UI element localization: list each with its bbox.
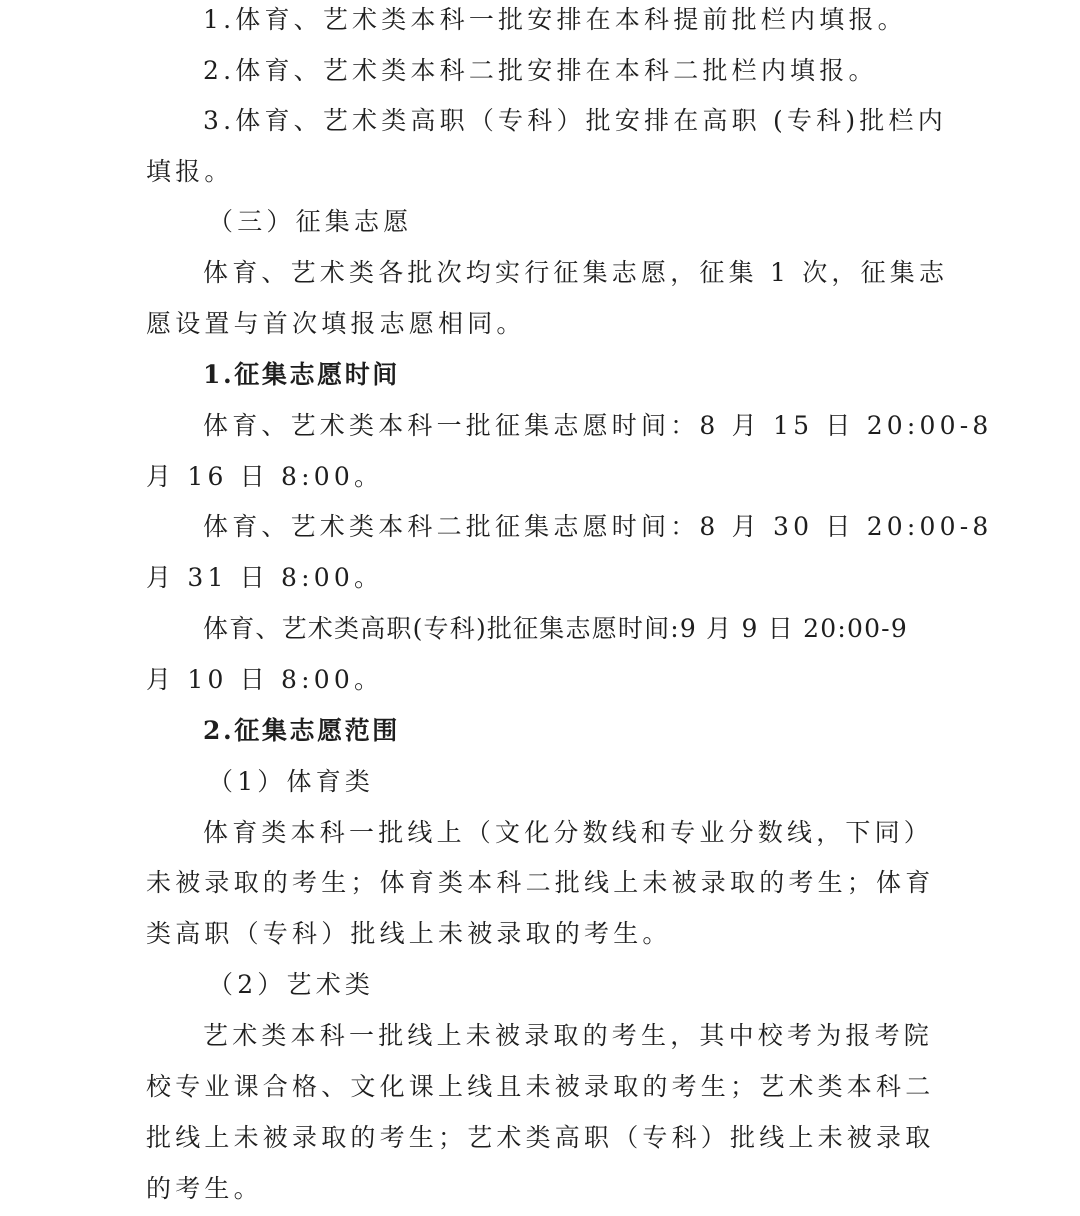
- time-batch-1: 体育、艺术类本科一批征集志愿时间：8 月 15 日 20:00-8: [203, 406, 993, 446]
- paragraph-arts-line-3: 批线上未被录取的考生；艺术类高职（专科）批线上未被录取: [146, 1118, 934, 1158]
- list-item-3: 3.体育、艺术类高职（专科）批安排在高职 (专科)批栏内: [203, 101, 947, 141]
- time-batch-1-continuation: 月 16 日 8:00。: [146, 457, 383, 497]
- time-vocational-continuation: 月 10 日 8:00。: [146, 660, 383, 700]
- subheading-arts: （2）艺术类: [208, 965, 374, 1005]
- time-vocational: 体育、艺术类高职(专科)批征集志愿时间:9 月 9 日 20:00-9: [203, 609, 908, 649]
- paragraph-intro: 体育、艺术类各批次均实行征集志愿，征集 1 次，征集志: [203, 253, 948, 293]
- paragraph-sports: 体育类本科一批线上（文化分数线和专业分数线，下同）: [203, 813, 933, 853]
- list-item-2: 2.体育、艺术类本科二批安排在本科二批栏内填报。: [203, 51, 878, 91]
- list-item-3-continuation: 填报。: [146, 152, 234, 192]
- paragraph-intro-continuation: 愿设置与首次填报志愿相同。: [146, 304, 526, 344]
- paragraph-arts: 艺术类本科一批线上未被录取的考生，其中校考为报考院: [203, 1016, 933, 1056]
- paragraph-arts-line-4: 的考生。: [146, 1169, 263, 1209]
- list-item-1: 1.体育、艺术类本科一批安排在本科提前批栏内填报。: [203, 0, 907, 40]
- time-batch-2: 体育、艺术类本科二批征集志愿时间：8 月 30 日 20:00-8: [203, 507, 993, 547]
- section-heading-solicitation: （三）征集志愿: [208, 202, 412, 242]
- subheading-scope: 2.征集志愿范围: [203, 711, 400, 751]
- paragraph-sports-line-3: 类高职（专科）批线上未被录取的考生。: [146, 914, 672, 954]
- paragraph-arts-line-2: 校专业课合格、文化课上线且未被录取的考生；艺术类本科二: [146, 1067, 934, 1107]
- time-batch-2-continuation: 月 31 日 8:00。: [146, 558, 383, 598]
- subheading-time: 1.征集志愿时间: [203, 355, 400, 395]
- paragraph-sports-line-2: 未被录取的考生；体育类本科二批线上未被录取的考生；体育: [146, 863, 934, 903]
- subheading-sports: （1）体育类: [208, 762, 374, 802]
